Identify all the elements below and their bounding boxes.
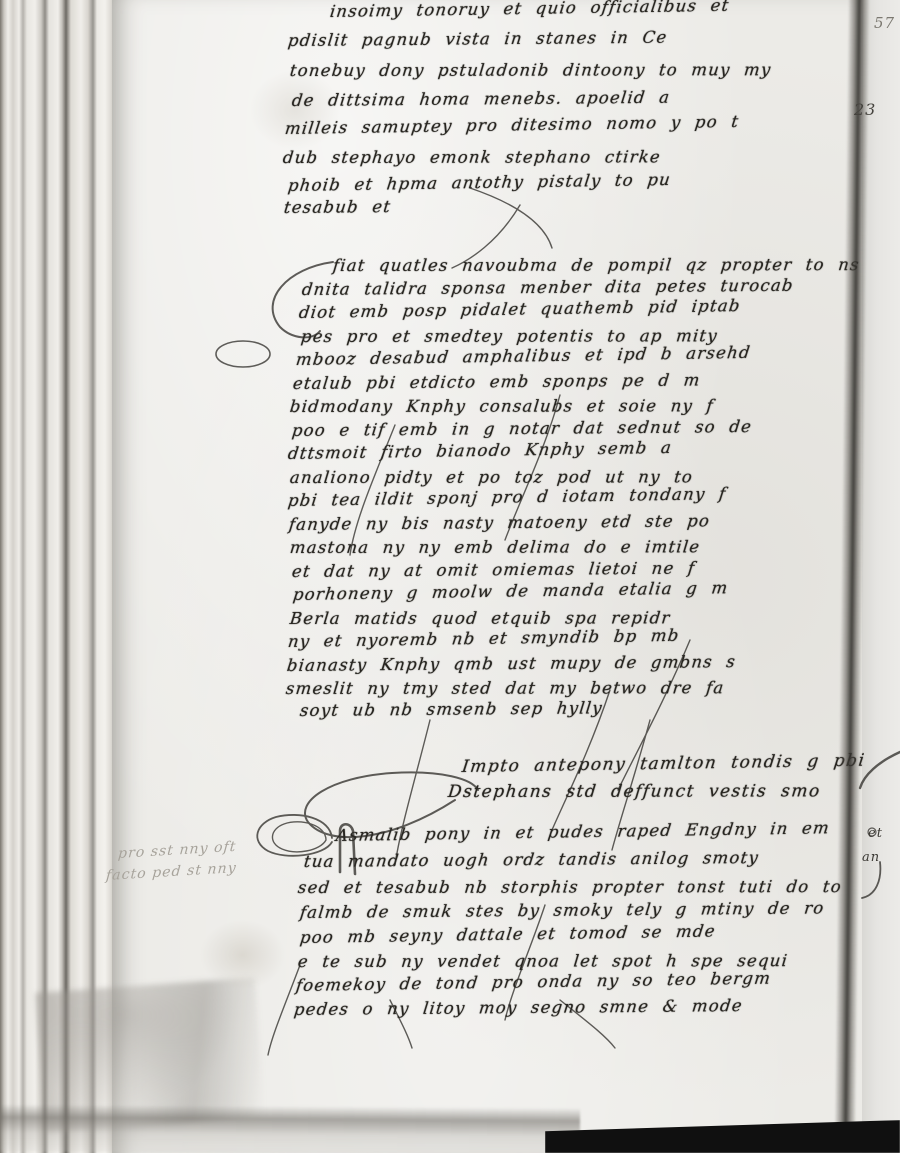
- manuscript-line: pes pro et smedtey potentis to ap mity: [300, 326, 719, 346]
- manuscript-line: Impto antepony tamlton tondis g pbi: [461, 751, 864, 777]
- manuscript-line: falmb de smuk stes by smoky tely g mtiny…: [299, 898, 826, 922]
- manuscript-line: sed et tesabub nb storphis propter tonst…: [297, 877, 843, 897]
- manuscript-line: insoimy tonoruy et quio officialibus et: [329, 0, 731, 21]
- manuscript-line: e te sub ny vendet qnoa let spot h spe s…: [297, 951, 789, 971]
- facing-page-fragment: an: [862, 850, 880, 865]
- manuscript-line: ny et nyoremb nb et smyndib bp mb: [287, 626, 681, 651]
- manuscript-scan: { "page": { "folio_number": "57", "secon…: [0, 0, 900, 1153]
- folio-number: 57: [874, 14, 895, 32]
- manuscript-line: fanyde ny bis nasty matoeny etd ste po: [288, 511, 711, 534]
- manuscript-line: bianasty Knphy qmb ust mupy de gmbns s: [286, 652, 737, 675]
- manuscript-line: phoib et hpma antothy pistaly to pu: [287, 170, 672, 195]
- manuscript-line: et dat ny at omit omiemas lietoi ne f: [291, 558, 697, 581]
- manuscript-line: de dittsima homa menebs. apoelid a: [291, 88, 671, 110]
- manuscript-line: pdislit pagnub vista in stanes in Ce: [287, 28, 669, 50]
- manuscript-line: foemekoy de tond pro onda ny so teo berg…: [295, 969, 773, 995]
- manuscript-line: tua mandato uogh ordz tandis anilog smot…: [303, 848, 760, 871]
- page-bottom-shadow: [0, 1104, 580, 1153]
- secondary-page-number: 23: [854, 100, 876, 119]
- handwriting-layer: insoimy tonoruy et quio officialibus et …: [0, 0, 864, 1128]
- manuscript-line: diot emb posp pidalet quathemb pid iptab: [298, 296, 742, 322]
- manuscript-line: poo e tif emb in g notar dat sednut so d…: [291, 417, 753, 440]
- manuscript-line: Asmalib pony in et pudes raped Engdny in…: [335, 818, 831, 845]
- manuscript-line: milleis samuptey pro ditesimo nomo y po …: [284, 112, 741, 138]
- manuscript-line: soyt ub nb smsenb sep hylly: [299, 698, 604, 720]
- manuscript-line: analiono pidty et po toz pod ut ny to: [289, 467, 694, 487]
- manuscript-line: dttsmoit firto bianodo Knphy semb a: [287, 438, 673, 463]
- manuscript-line: mbooz desabud amphalibus et ipd b arsehd: [295, 343, 752, 369]
- manuscript-line: tonebuy dony pstuladonib dintoony to muy…: [289, 60, 772, 80]
- manuscript-line: mastona ny ny emb delima do e imtile: [289, 537, 701, 557]
- manuscript-line: Dstephans std deffunct vestis smo: [447, 781, 822, 802]
- manuscript-line: bidmodany Knphy consalubs et soie ny f: [289, 396, 715, 416]
- manuscript-line: fiat quatles navoubma de pompil qz propt…: [332, 255, 861, 275]
- manuscript-line: Berla matids quod etquib spa repidr: [289, 608, 672, 628]
- manuscript-line: dub stephayo emonk stephano ctirke: [282, 147, 662, 167]
- manuscript-line: poo mb seyny dattale et tomod se mde: [299, 921, 717, 947]
- manuscript-line: pedes o ny litoy moy segno smne & mode: [293, 996, 744, 1019]
- manuscript-line: etalub pbi etdicto emb sponps pe d m: [292, 370, 702, 393]
- facing-page-fragment: et: [868, 826, 883, 841]
- manuscript-line: smeslit ny tmy sted dat my betwo dre fa: [285, 678, 725, 698]
- manuscript-line: tesabub et: [283, 197, 392, 217]
- manuscript-line: porhoneny g moolw de manda etalia g m: [292, 578, 730, 604]
- manuscript-line: pbi tea ildit sponj pro d iotam tondany …: [287, 484, 728, 510]
